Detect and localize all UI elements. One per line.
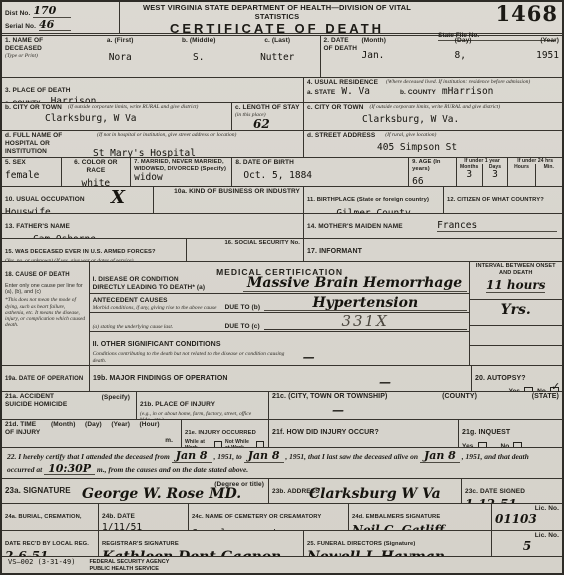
- birthplace-cell: 11. BIRTHPLACE (State or foreign country…: [304, 187, 444, 213]
- header-titles: WEST VIRGINIA STATE DEPARTMENT OF HEALTH…: [120, 2, 434, 33]
- row-vital-stats: 5. SEX female 6. COLOR OR RACE white 7. …: [2, 158, 562, 187]
- header-numbers: Dist No.170 Serial No.46: [2, 2, 120, 33]
- date-of-operation-label: 19a. DATE OF OPERATION: [5, 376, 83, 382]
- hours-label: Hours: [508, 164, 534, 170]
- street-address-cell: d. STREET ADDRESS (If rural, give locati…: [304, 131, 562, 157]
- row-city: b. CITY OR TOWN (If outside corporate li…: [2, 103, 562, 131]
- last-name-cell: c. (Last) Nutter: [238, 37, 317, 76]
- antecedent-note: Morbid conditions, if any, giving rise t…: [93, 305, 221, 311]
- ssn-cell: 16. SOCIAL SECURITY No.: [187, 239, 304, 261]
- burial-date-label: 24b. DATE: [102, 513, 135, 520]
- autopsy-cell: 20. AUTOPSY? Yes No ✓: [472, 366, 562, 391]
- certify-from-date: Jan 8: [172, 450, 212, 463]
- birthplace-value: Gilmer County: [307, 209, 440, 213]
- sex-label: 5. SEX: [5, 159, 58, 167]
- residence-city-label: c. CITY OR TOWN: [307, 104, 364, 112]
- funeral-director-value: Newell J. Hayman: [307, 550, 488, 556]
- inquest-cell: 21g. INQUEST Yes No: [459, 420, 562, 447]
- embalmer-signature-value: Neil C. Gatliff: [352, 524, 488, 530]
- inquest-label: 21g. INQUEST: [462, 429, 510, 436]
- city-of-death-value: Clarksburg, W Va: [45, 114, 228, 124]
- place-of-injury-cell: 21b. PLACE OF INJURY (e.g., in or about …: [137, 392, 269, 419]
- injury-city-label: 21c. (CITY, TOWN OR TOWNSHIP): [272, 393, 387, 401]
- autopsy-no-checkmark: ✓: [551, 381, 560, 391]
- age-label: 9. AGE (In years): [412, 159, 453, 173]
- interval-label: INTERVAL BETWEEN ONSET AND DEATH: [472, 263, 561, 276]
- accident-specify-label: (Specify): [102, 394, 130, 402]
- date-of-death-cell: 2. DATE OF DEATH (Month) (Day) (Year) Ja…: [321, 36, 563, 77]
- middle-name-value: S.: [160, 53, 239, 63]
- date-signed-value: 1-12-51: [465, 498, 559, 503]
- row-place-residence: 3. PLACE OF DEATH a. COUNTY Harrison 4. …: [2, 78, 562, 103]
- mother-label: 14. MOTHER'S MAIDEN NAME: [307, 223, 403, 230]
- place-of-injury-label: 21b. PLACE OF INJURY: [140, 401, 215, 408]
- injury-location-cell: 21c. (CITY, TOWN OR TOWNSHIP) (COUNTY) (…: [269, 392, 562, 419]
- embalmer-label: 24d. EMBALMERS SIGNATURE: [352, 514, 440, 520]
- certify-text-2: , 1951, to: [213, 452, 241, 461]
- occupation-label: 10. USUAL OCCUPATION: [5, 196, 85, 203]
- how-injury-cell: 21f. HOW DID INJURY OCCUR?: [269, 420, 459, 447]
- agency-line-2: PUBLIC HEALTH SERVICE: [89, 566, 169, 573]
- funeral-license-value: 5: [495, 540, 559, 553]
- father-label: 13. FATHER'S NAME: [5, 223, 70, 230]
- date-signed-label: 23c. DATE SIGNED: [465, 488, 525, 495]
- race-value: white: [65, 179, 128, 186]
- row-signature: 23a. SIGNATURE George W. Rose MD. (Degre…: [2, 479, 562, 504]
- county-label: a. COUNTY: [5, 100, 41, 102]
- certify-text-1: 22. I hereby certify that I attended the…: [7, 452, 170, 461]
- row-name-date: 1. NAME OF DECEASED (Type or Print) a. (…: [2, 36, 562, 78]
- county-value: Harrison: [51, 97, 97, 102]
- under-1-year-cell: If under 1 year Months 3 Days 3: [457, 158, 509, 186]
- residence-state-label: a. STATE: [307, 89, 335, 97]
- cemetery-cell: 24c. NAME OF CEMETERY OR CREAMATORY Gree…: [189, 504, 349, 530]
- dob-cell: 8. DATE OF BIRTH Oct. 5, 1884: [232, 158, 409, 186]
- certify-statement: 22. I hereby certify that I attended the…: [2, 448, 562, 478]
- row-accident: 21a. ACCIDENT SUICIDE HOMICIDE (Specify)…: [2, 392, 562, 420]
- time-of-injury-cols: (Month) (Day) (Year) (Hour): [51, 421, 178, 437]
- embalmer-license-cell: Lic. No. 01103: [492, 504, 562, 530]
- form-number: VS—002 (3-31-49): [8, 559, 75, 567]
- burial-cell: 24a. BURIAL, CREMATION, REMOVAL(Specify)…: [2, 504, 99, 530]
- residence-city-value: Clarksburg, W Va.: [362, 115, 559, 125]
- dod-year-value: 1951: [536, 51, 559, 61]
- cause-note-2: *This does not mean the mode of dying, s…: [5, 297, 86, 328]
- time-of-injury-cell: 21d. TIME OF INJURY (Month) (Day) (Year)…: [2, 420, 182, 447]
- name-label: 1. NAME OF DECEASED: [5, 37, 75, 53]
- occupation-handwritten-mark: X: [111, 189, 125, 208]
- interval-column: INTERVAL BETWEEN ONSET AND DEATH 11 hour…: [469, 262, 563, 365]
- father-value: Cam Osborne: [33, 235, 300, 238]
- informant-label: 17. INFORMANT: [307, 248, 362, 255]
- interval-c-cell: [470, 326, 563, 346]
- funeral-license-cell: Lic. No. 5: [492, 531, 562, 556]
- hospital-cell: d. FULL NAME OF HOSPITAL OR INSTITUTION …: [2, 131, 304, 157]
- physician-signature-value: George W. Rose MD.: [82, 487, 241, 502]
- funeral-director-label: 25. FUNERAL DIRECTORS (Signature): [307, 541, 415, 547]
- armed-forces-label: 15. WAS DECEASED EVER IN U.S. ARMED FORC…: [5, 249, 156, 255]
- injury-state-label: (STATE): [532, 393, 559, 401]
- burial-label: 24a. BURIAL, CREMATION, REMOVAL(Specify): [5, 514, 82, 530]
- interval-empty-cell: [470, 346, 563, 365]
- father-cell: 13. FATHER'S NAME Cam Osborne: [2, 214, 304, 238]
- occupation-cell: 10. USUAL OCCUPATION Houswife X: [2, 187, 154, 213]
- marital-value: widow: [134, 173, 228, 183]
- min-label: Min.: [536, 164, 562, 170]
- medical-certification-center: MEDICAL CERTIFICATION I. DISEASE OR COND…: [90, 262, 470, 365]
- industry-cell: 10a. KIND OF BUSINESS OR INDUSTRY: [154, 187, 304, 213]
- serial-no-label: Serial No.: [5, 23, 36, 31]
- embalmer-license-value: 01103: [495, 513, 559, 526]
- residence-city-cell: c. CITY OR TOWN (If outside corporate li…: [304, 103, 562, 130]
- physician-signature-cell: 23a. SIGNATURE George W. Rose MD. (Degre…: [2, 479, 269, 503]
- length-of-stay-label: c. LENGTH OF STAY: [235, 104, 300, 112]
- street-address-label: d. STREET ADDRESS: [307, 132, 375, 140]
- burial-date-cell: 24b. DATE 1/11/51: [99, 504, 189, 530]
- row-parents: 13. FATHER'S NAME Cam Osborne 14. MOTHER…: [2, 214, 562, 239]
- serial-no-value: 46: [39, 19, 71, 32]
- injury-occurred-cell: 21e. INJURY OCCURRED While at Work Not W…: [182, 420, 269, 447]
- medical-certification-block: 18. CAUSE OF DEATH Enter only one cause …: [2, 262, 562, 366]
- row-hospital-street: d. FULL NAME OF HOSPITAL OR INSTITUTION …: [2, 131, 562, 158]
- agency-lines: FEDERAL SECURITY AGENCY PUBLIC HEALTH SE…: [89, 559, 169, 573]
- usual-residence-cell: 4. USUAL RESIDENCE (Where deceased lived…: [304, 78, 562, 102]
- residence-state-value: W. Va: [341, 87, 370, 97]
- dob-value: Oct. 5, 1884: [243, 171, 405, 181]
- street-address-note: (If rural, give location): [385, 132, 436, 140]
- marital-label: 7. MARRIED, NEVER MARRIED, WIDOWED, DIVO…: [134, 159, 228, 173]
- armed-forces-note: (Yes, no, or unknown) (If yes, give war …: [5, 258, 183, 261]
- occupation-value: Houswife: [5, 208, 150, 213]
- certify-text-5: m., from the causes and on the date stat…: [97, 465, 248, 474]
- city-of-death-note: (If outside corporate limits, write RURA…: [68, 104, 228, 112]
- degree-or-title-label: (Degree or title): [214, 481, 264, 489]
- race-label: 6. COLOR OR RACE: [65, 159, 128, 175]
- due-to-c-value: 331X: [264, 314, 467, 330]
- physician-address-value: Clarksburg W Va: [309, 487, 441, 502]
- death-certificate-document: Dist No.170 Serial No.46 WEST VIRGINIA S…: [0, 0, 564, 575]
- dod-month-col: (Month): [362, 37, 387, 45]
- last-name-label: c. (Last): [238, 37, 317, 45]
- medical-certification-title: MEDICAL CERTIFICATION: [90, 262, 470, 274]
- major-findings-cell: 19b. MAJOR FINDINGS OF OPERATION —: [90, 366, 472, 391]
- embalmer-cell: 24d. EMBALMERS SIGNATURE Neil C. Gatliff: [349, 504, 492, 530]
- date-received-value: 2-6-51: [5, 550, 95, 556]
- signature-label: 23a. SIGNATURE: [5, 486, 71, 495]
- middle-name-label: b. (Middle): [160, 37, 239, 45]
- name-fields: a. (First) Nora b. (Middle) S. c. (Last)…: [78, 36, 321, 77]
- physician-address-cell: 23b. ADDRESS Clarksburg W Va: [269, 479, 462, 503]
- length-of-stay-cell: c. LENGTH OF STAY (in this place) 62: [232, 103, 304, 130]
- interval-b-cell: Yrs.: [470, 300, 563, 326]
- accident-label: 21a. ACCIDENT SUICIDE HOMICIDE: [5, 393, 75, 409]
- other-conditions-mark: —: [303, 351, 315, 364]
- registrar-signature-value: Kathleen Dent Gagnon: [102, 550, 300, 556]
- cause-of-death-sidebar: 18. CAUSE OF DEATH Enter only one cause …: [2, 262, 90, 365]
- other-conditions-label: II. OTHER SIGNIFICANT CONDITIONS: [93, 341, 221, 348]
- birthplace-label: 11. BIRTHPLACE (State or foreign country…: [307, 197, 429, 203]
- place-of-injury-note: (e.g., in or about home, farm, factory, …: [140, 411, 265, 419]
- first-name-cell: a. (First) Nora: [81, 37, 160, 76]
- footer: VS—002 (3-31-49) FEDERAL SECURITY AGENCY…: [2, 557, 562, 573]
- agency-line-1: FEDERAL SECURITY AGENCY: [89, 559, 169, 566]
- cause-note-1: Enter only one cause per line for (a), (…: [5, 283, 86, 295]
- header: Dist No.170 Serial No.46 WEST VIRGINIA S…: [2, 2, 562, 36]
- row-registrar: DATE REC'D BY LOCAL REG. 2-6-51 REGISTRA…: [2, 531, 562, 557]
- due-to-c-note: (a) stating the underlying cause last.: [93, 324, 221, 330]
- months-value: 3: [457, 170, 482, 180]
- first-name-label: a. (First): [81, 37, 160, 45]
- age-value: 66: [412, 177, 453, 186]
- marital-cell: 7. MARRIED, NEVER MARRIED, WIDOWED, DIVO…: [131, 158, 232, 186]
- dod-day-value: 8,: [455, 51, 466, 61]
- place-of-death-label: 3. PLACE OF DEATH: [5, 87, 71, 94]
- header-file: 1468 State File No.: [434, 2, 562, 33]
- how-injury-label: 21f. HOW DID INJURY OCCUR?: [272, 429, 379, 436]
- disease-condition-row: I. DISEASE OR CONDITION DIRECTLY LEADING…: [90, 274, 470, 294]
- inquest-no-label: No: [501, 443, 510, 447]
- autopsy-label: 20. AUTOPSY?: [475, 375, 526, 382]
- row-operation-autopsy: 19a. DATE OF OPERATION 19b. MAJOR FINDIN…: [2, 366, 562, 392]
- first-name-value: Nora: [81, 53, 160, 63]
- row-burial: 24a. BURIAL, CREMATION, REMOVAL(Specify)…: [2, 504, 562, 531]
- row-occupation: 10. USUAL OCCUPATION Houswife X 10a. KIN…: [2, 187, 562, 214]
- row-time-of-injury: 21d. TIME OF INJURY (Month) (Day) (Year)…: [2, 420, 562, 448]
- inquest-no-checkbox: [513, 442, 522, 447]
- major-findings-label: 19b. MAJOR FINDINGS OF OPERATION: [93, 375, 228, 382]
- residence-county-value: mHarrison: [442, 87, 493, 97]
- due-to-c-label: DUE TO (c): [225, 323, 260, 331]
- city-of-death-cell: b. CITY OR TOWN (If outside corporate li…: [2, 103, 232, 130]
- not-while-at-work-label: Not While at Work: [225, 439, 253, 447]
- residence-county-label: b. COUNTY: [400, 89, 436, 97]
- dist-no-label: Dist No.: [5, 10, 30, 18]
- autopsy-yes-label: Yes: [509, 388, 521, 391]
- registrar-label: REGISTRAR'S SIGNATURE: [102, 541, 179, 547]
- major-findings-mark: —: [379, 376, 391, 389]
- due-to-c-row: (a) stating the underlying cause last. D…: [90, 313, 470, 332]
- last-name-value: Nutter: [238, 53, 317, 63]
- citizen-label: 12. CITIZEN OF WHAT COUNTRY?: [447, 197, 544, 203]
- dist-no-value: 170: [33, 5, 71, 18]
- place-of-death-cell: 3. PLACE OF DEATH a. COUNTY Harrison: [2, 78, 304, 102]
- inquest-yes-label: Yes: [462, 443, 474, 447]
- not-while-at-work-checkbox: [256, 441, 264, 447]
- autopsy-no-label: No: [537, 388, 546, 391]
- dod-year-col: (Year): [540, 37, 559, 45]
- injury-location-mark: —: [332, 403, 344, 417]
- certify-alive-date: Jan 8: [420, 450, 460, 463]
- name-sublabel: (Type or Print): [5, 53, 75, 59]
- certify-text-3: , 1951, that I last saw the deceased ali…: [285, 452, 418, 461]
- interval-header-cell: INTERVAL BETWEEN ONSET AND DEATH 11 hour…: [470, 262, 563, 300]
- disease-label-2: DIRECTLY LEADING TO DEATH* (a): [93, 284, 243, 292]
- other-conditions-note: Conditions contributing to the death but…: [93, 351, 293, 364]
- date-signed-cell: 23c. DATE SIGNED 1-12-51: [462, 479, 562, 503]
- armed-forces-cell: 15. WAS DECEASED EVER IN U.S. ARMED FORC…: [2, 239, 187, 261]
- industry-label: 10a. KIND OF BUSINESS OR INDUSTRY: [157, 188, 300, 196]
- accident-cell: 21a. ACCIDENT SUICIDE HOMICIDE (Specify): [2, 392, 137, 419]
- dod-day-col: (Day): [455, 37, 472, 45]
- stamp-number: 1468: [438, 3, 558, 24]
- cemetery-label: 24c. NAME OF CEMETERY OR CREAMATORY: [192, 514, 321, 520]
- certify-to-date: Jan 8: [244, 450, 284, 463]
- due-to-b-row: ANTECEDENT CAUSES Morbid conditions, if …: [90, 294, 470, 314]
- race-cell: 6. COLOR OR RACE white: [62, 158, 132, 186]
- autopsy-no-checkbox: ✓: [550, 387, 559, 391]
- length-of-stay-value: 62: [253, 118, 300, 130]
- while-at-work-checkbox: [214, 441, 222, 447]
- dod-month-value: Jan.: [362, 51, 385, 61]
- date-received-label: DATE REC'D BY LOCAL REG.: [5, 541, 89, 547]
- middle-name-cell: b. (Middle) S.: [160, 37, 239, 76]
- dob-label: 8. DATE OF BIRTH: [235, 159, 405, 167]
- cause-of-death-label: 18. CAUSE OF DEATH: [5, 272, 70, 278]
- injury-occurred-label: 21e. INJURY OCCURRED: [185, 430, 256, 436]
- disease-value: Massive Brain Hemorrhage: [243, 276, 467, 292]
- date-of-death-label: 2. DATE OF DEATH: [324, 37, 358, 76]
- interval-a-value: 11 hours: [486, 279, 545, 293]
- age-cell: 9. AGE (In years) 66: [409, 158, 457, 186]
- time-of-injury-m-label: m.: [165, 437, 173, 445]
- injury-county-label: (COUNTY): [442, 393, 477, 401]
- name-label-cell: 1. NAME OF DECEASED (Type or Print): [2, 36, 78, 77]
- other-conditions-row: II. OTHER SIGNIFICANT CONDITIONS Conditi…: [90, 332, 470, 365]
- due-to-b-label: DUE TO (b): [225, 304, 261, 312]
- funeral-director-cell: 25. FUNERAL DIRECTORS (Signature) Newell…: [304, 531, 492, 556]
- department-line: WEST VIRGINIA STATE DEPARTMENT OF HEALTH…: [120, 3, 434, 21]
- sex-cell: 5. SEX female: [2, 158, 62, 186]
- residence-city-note: (If outside corporate limits, write RURA…: [370, 104, 559, 112]
- days-value: 3: [483, 170, 508, 180]
- date-of-operation-cell: 19a. DATE OF OPERATION: [2, 366, 90, 391]
- citizen-cell: 12. CITIZEN OF WHAT COUNTRY?: [444, 187, 562, 213]
- sex-value: female: [5, 171, 58, 181]
- date-received-cell: DATE REC'D BY LOCAL REG. 2-6-51: [2, 531, 99, 556]
- row-certify: 22. I hereby certify that I attended the…: [2, 448, 562, 479]
- certificate-title: CERTIFICATE OF DEATH: [120, 21, 434, 37]
- mother-cell: 14. MOTHER'S MAIDEN NAME Frances: [304, 214, 562, 238]
- disease-label-1: I. DISEASE OR CONDITION: [93, 276, 243, 284]
- burial-date-value: 1/11/51: [102, 523, 185, 530]
- antecedent-label: ANTECEDENT CAUSES: [93, 297, 221, 305]
- autopsy-yes-checkbox: [524, 387, 533, 391]
- ssn-label: 16. SOCIAL SECURITY No.: [190, 240, 300, 247]
- due-to-b-value: Hypertension: [264, 296, 466, 312]
- hospital-label: d. FULL NAME OF HOSPITAL OR INSTITUTION: [5, 132, 91, 155]
- city-of-death-label: b. CITY OR TOWN: [5, 104, 62, 112]
- cemetery-value: Greenlawn cemetery: [192, 529, 295, 530]
- time-of-injury-label: 21d. TIME OF INJURY: [5, 421, 45, 437]
- interval-b-value: Yrs.: [501, 302, 531, 318]
- under-24-hrs-cell: If under 24 hrs Hours Min.: [508, 158, 562, 186]
- certify-death-time: 10:30P: [44, 463, 95, 476]
- while-at-work-label: While at Work: [185, 439, 211, 447]
- row-forces-informant: 15. WAS DECEASED EVER IN U.S. ARMED FORC…: [2, 239, 562, 262]
- informant-cell: 17. INFORMANT: [304, 239, 562, 261]
- inquest-yes-checkbox: [478, 442, 487, 447]
- mother-value: Frances: [437, 221, 557, 232]
- street-address-value: 405 Simpson St: [377, 143, 559, 153]
- registrar-signature-cell: REGISTRAR'S SIGNATURE Kathleen Dent Gagn…: [99, 531, 304, 556]
